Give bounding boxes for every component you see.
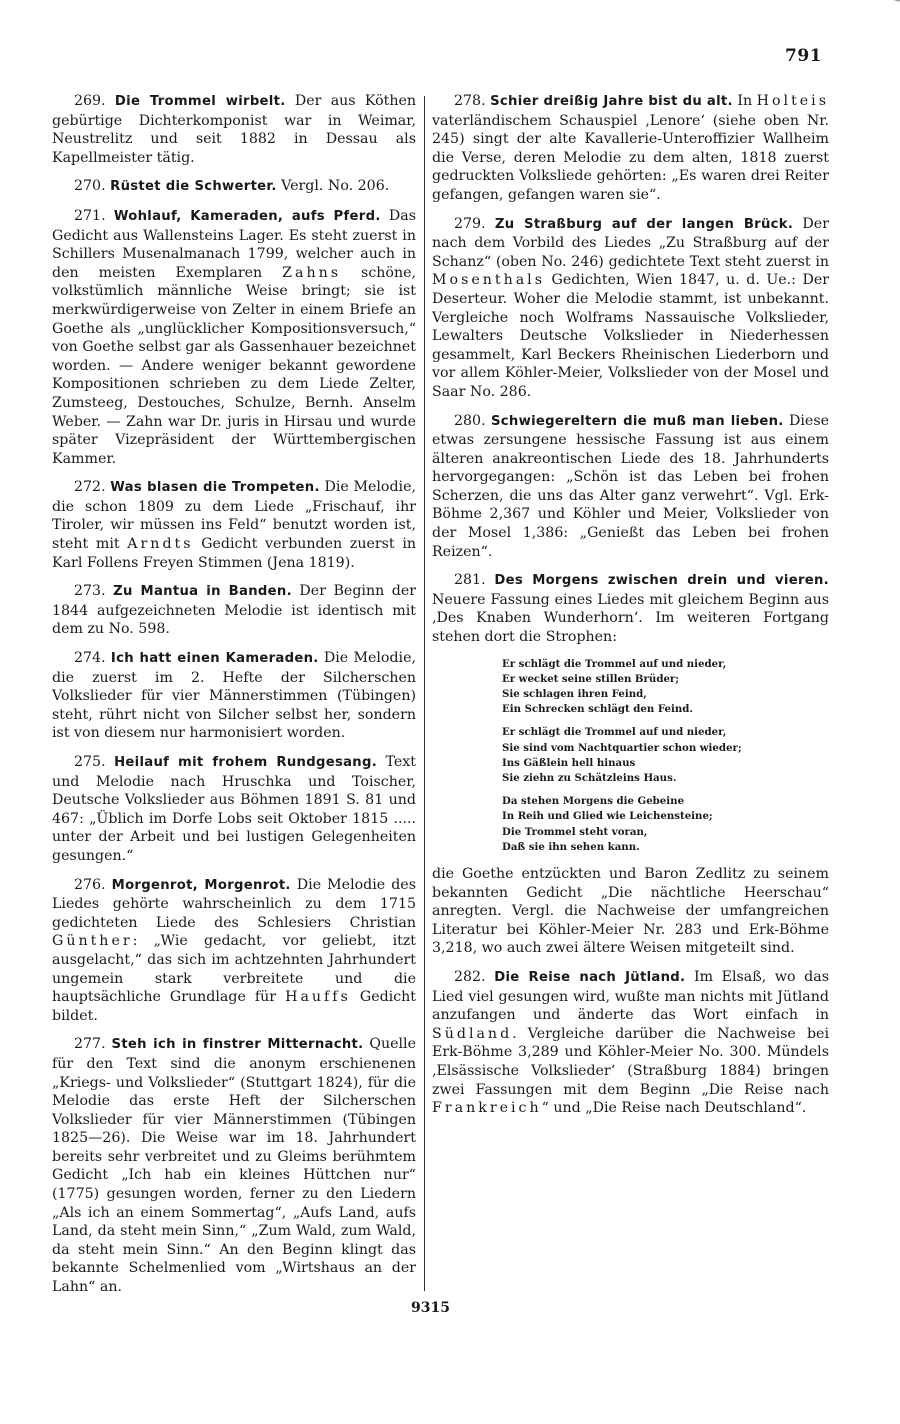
verse-stanza: Da stehen Morgens die GebeineIn Reih und… [502, 794, 829, 855]
entry-title: Was blasen die Trompeten. [110, 480, 319, 495]
entry-number: 273. [74, 583, 113, 599]
song-entry-282: 282. Die Reise nach Jütland. Im Elsaß, w… [432, 968, 829, 1118]
column-divider [424, 96, 425, 1291]
song-entry-275: 275. Heilauf mit frohem Rundgesang. Text… [52, 753, 416, 866]
entry-number: 282. [454, 969, 494, 985]
entry-title: Wohlauf, Kameraden, aufs Pferd. [114, 209, 381, 224]
spaced-name: Günther [52, 933, 133, 949]
spaced-name: Frankreich [432, 1100, 542, 1116]
song-entry-272: 272. Was blasen die Trompeten. Die Melod… [52, 478, 416, 572]
spaced-name: Hauffs [285, 989, 351, 1005]
entry-title: Schier dreißig Jahre bist du alt. [490, 94, 733, 109]
verse-line: Daß sie ihn sehen kann. [502, 840, 829, 855]
song-entry-269: 269. Die Trommel wirbelt. Der aus Köthen… [52, 92, 416, 167]
verse-block: Er schlägt die Trommel auf und nieder,Er… [502, 657, 829, 855]
spaced-name: Holteis [757, 93, 829, 109]
verse-line: Sie schlagen ihren Feind, [502, 687, 829, 702]
entry-number: 279. [454, 216, 495, 232]
verse-line: Sie ziehn zu Schätzleins Haus. [502, 771, 829, 786]
verse-stanza: Er schlägt die Trommel auf und nieder,Si… [502, 725, 829, 786]
entry-title: Zu Mantua in Banden. [113, 584, 292, 599]
right-column: 278. Schier dreißig Jahre bist du alt. I… [432, 92, 829, 1128]
entry-title: Zu Straßburg auf der langen Brück. [495, 217, 793, 232]
entry-number: 271. [74, 208, 114, 224]
left-column: 269. Die Trommel wirbelt. Der aus Köthen… [52, 92, 416, 1307]
entry-number: 281. [454, 572, 494, 588]
song-entry-281: 281. Des Morgens zwischen drein und vier… [432, 571, 829, 646]
entry-body-text: In [733, 93, 757, 109]
entry-body-text: schöne, volkstümlich männliche Weise bri… [52, 265, 416, 467]
spaced-name: Südland [432, 1026, 512, 1042]
entry-number: 274. [74, 650, 111, 666]
entry-number: 278. [454, 93, 490, 109]
song-entry-273: 273. Zu Mantua in Banden. Der Beginn der… [52, 582, 416, 639]
verse-line: Er wecket seine stillen Brüder; [502, 672, 829, 687]
entry-number: 269. [74, 93, 115, 109]
entry-number: 276. [74, 877, 112, 893]
song-entry-279: 279. Zu Straßburg auf der langen Brück. … [432, 215, 829, 402]
entry-body-text: Gedichten, Wien 1847, u. d. Ue.: Der Des… [432, 272, 829, 400]
entry-number: 277. [74, 1036, 112, 1052]
song-entry-278: 278. Schier dreißig Jahre bist du alt. I… [432, 92, 829, 205]
verse-line: Er schlägt die Trommel auf und nieder, [502, 657, 829, 672]
entry-title: Des Morgens zwischen drein und vieren. [494, 573, 829, 588]
entry-title: Steh ich in finstrer Mitternacht. [112, 1037, 364, 1052]
verse-line: In Reih und Glied wie Leichensteine; [502, 809, 829, 824]
verse-line: Er schlägt die Trommel auf und nieder, [502, 725, 829, 740]
entry-title: Schwiegereltern die muß man lieben. [491, 414, 784, 429]
song-entry-271: 271. Wohlauf, Kameraden, aufs Pferd. Das… [52, 207, 416, 468]
song-entry-280: 280. Schwiegereltern die muß man lieben.… [432, 412, 829, 562]
song-entry-277: 277. Steh ich in finstrer Mitternacht. Q… [52, 1035, 416, 1296]
verse-line: Ins Gäßlein hell hinaus [502, 756, 829, 771]
entry-title: Morgenrot, Morgenrot. [112, 878, 291, 893]
page-corner-fold [856, 0, 900, 17]
entry-title: Heilauf mit frohem Rundgesang. [114, 755, 377, 770]
entry-number: 272. [74, 479, 110, 495]
spaced-name: Arndts [127, 536, 193, 552]
verse-line: Ein Schrecken schlägt den Feind. [502, 702, 829, 717]
spaced-name: Zahns [282, 265, 341, 281]
song-entry-270: 270. Rüstet die Schwerter. Vergl. No. 20… [52, 177, 416, 197]
entry-number: 280. [454, 413, 491, 429]
entry-body-text: vaterländischem Schauspiel ‚Lenore‘ (sie… [432, 113, 829, 203]
entry-body-text: “ und „Die Reise nach Deutschland“. [542, 1100, 807, 1116]
entry-title: Die Trommel wirbelt. [115, 94, 286, 109]
verse-line: Die Trommel steht voran, [502, 825, 829, 840]
verse-line: Sie sind vom Nachtquartier schon wieder; [502, 741, 829, 756]
entry-number: 275. [74, 754, 114, 770]
entry-title: Die Reise nach Jütland. [494, 970, 685, 985]
entry-number: 270. [74, 178, 110, 194]
footer-code: 9315 [411, 1300, 450, 1316]
song-entry-276: 276. Morgenrot, Morgenrot. Die Melodie d… [52, 876, 416, 1026]
entry-body-text: Quelle für den Text sind die anonym ersc… [52, 1036, 416, 1295]
entry-body-text: Diese etwas zersungene hessische Fassung… [432, 413, 829, 560]
verse-stanza: Er schlägt die Trommel auf und nieder,Er… [502, 657, 829, 718]
entry-title: Ich hatt einen Kameraden. [111, 651, 319, 666]
entry-body-text: Vergl. No. 206. [277, 178, 390, 194]
entry-body-text: Neuere Fassung eines Liedes mit gleichem… [432, 592, 829, 645]
verse-line: Da stehen Morgens die Gebeine [502, 794, 829, 809]
song-entry-274: 274. Ich hatt einen Kameraden. Die Melod… [52, 649, 416, 743]
verse-continuation-text: die Goethe entzückten und Baron Zedlitz … [432, 865, 829, 958]
entry-body-text: Text und Melodie nach Hruschka und Toisc… [52, 754, 416, 864]
entry-title: Rüstet die Schwerter. [110, 179, 277, 194]
spaced-name: Mosenthals [432, 272, 545, 288]
page-number: 791 [785, 46, 822, 66]
